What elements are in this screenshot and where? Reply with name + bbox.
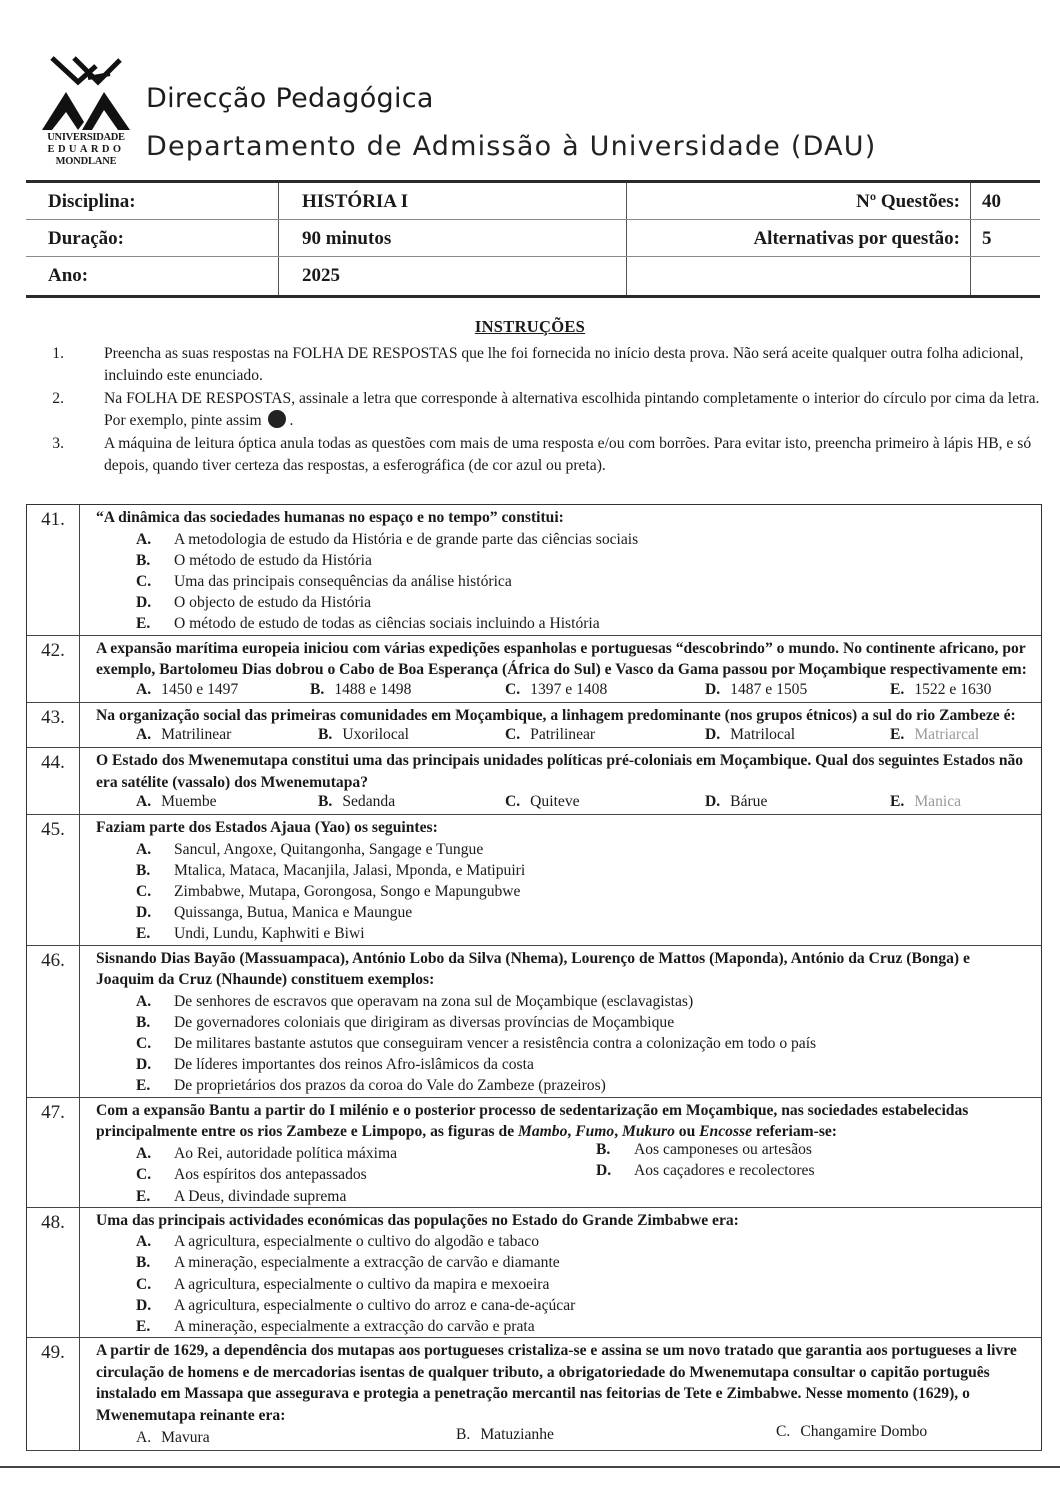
option-e: E.O método de estudo de todas as ciência…: [136, 613, 1029, 634]
option-letter: D.: [136, 1054, 151, 1075]
text: Zimbabwe, Mutapa, Gorongosa, Songo e Map…: [174, 883, 520, 900]
text: A metodologia de estudo da História e de…: [174, 531, 638, 548]
text: Ao Rei, autoridade política máxima: [174, 1145, 397, 1162]
option-letter: D.: [136, 902, 151, 923]
logo-emblem-icon: [38, 52, 134, 132]
page-title: Direcção Pedagógica: [146, 83, 434, 114]
instruction-item: 1. Preencha as suas respostas na FOLHA D…: [44, 343, 1044, 387]
info-row-disciplina: Disciplina: HISTÓRIA I Nº Questões: 40: [26, 183, 1040, 220]
text: Matrilocal: [730, 726, 795, 743]
option-a: A.Matrilinear: [136, 726, 231, 744]
question-number: 46.: [27, 946, 80, 1097]
text: O método de estudo de todas as ciências …: [174, 615, 600, 632]
text: Mavura: [161, 1429, 210, 1446]
option-letter: C.: [136, 1274, 151, 1295]
text: A agricultura, especialmente o cultivo d…: [174, 1233, 539, 1250]
option-e: E.1522 e 1630: [890, 681, 991, 699]
option-letter: E.: [890, 681, 904, 698]
option-b: B.Matuzianhe: [456, 1426, 554, 1444]
instructions-list: 1. Preencha as suas respostas na FOLHA D…: [44, 343, 1044, 478]
option-letter: B.: [456, 1426, 470, 1443]
text: A Deus, divindade suprema: [174, 1188, 346, 1205]
option-letter: E.: [890, 726, 904, 743]
alternativas-label: Alternativas por questão:: [753, 228, 960, 250]
option-letter: B.: [318, 793, 332, 810]
option-letter: C.: [505, 726, 520, 743]
text: Encosse: [699, 1123, 752, 1140]
option-e: E.Matriarcal: [890, 726, 979, 744]
question-48: 48. Uma das principais actividades econó…: [27, 1207, 1041, 1338]
option-b: B.O método de estudo da História: [136, 550, 1029, 571]
text: Bárue: [730, 793, 767, 810]
instruction-number: 2.: [44, 388, 64, 410]
option-letter: A.: [136, 726, 151, 743]
logo-line-1: UNIVERSIDADE: [38, 132, 134, 144]
option-c: C.A agricultura, especialmente o cultivo…: [136, 1274, 1029, 1295]
questions-table: 41. “A dinâmica das sociedades humanas n…: [26, 504, 1042, 1451]
option-letter: D.: [136, 592, 151, 613]
inline-options: A.1450 e 1497 B.1488 e 1498 C.1397 e 140…: [96, 681, 1029, 702]
option-a: A.Mavura: [136, 1429, 210, 1447]
num-questoes-label: Nº Questões:: [856, 191, 960, 213]
question-number: 48.: [27, 1208, 80, 1338]
option-c: C.Quiteve: [505, 793, 580, 811]
text: Patrilinear: [530, 726, 595, 743]
disciplina-value: HISTÓRIA I: [302, 191, 408, 213]
text: Quissanga, Butua, Manica e Maungue: [174, 904, 412, 921]
option-letter: B.: [596, 1139, 634, 1160]
instructions-heading: INSTRUÇÕES: [0, 317, 1060, 337]
question-stem: Uma das principais actividades económica…: [96, 1210, 1029, 1232]
instruction-text: Na FOLHA DE RESPOSTAS, assinale a letra …: [104, 390, 1039, 429]
text: Matrilinear: [161, 726, 231, 743]
text: De senhores de escravos que operavam na …: [174, 993, 693, 1010]
option-letter: B.: [310, 681, 324, 698]
option-d: D.Bárue: [705, 793, 767, 811]
text: A agricultura, especialmente o cultivo d…: [174, 1297, 575, 1314]
option-a: A.Muembe: [136, 793, 217, 811]
text: A mineração, especialmente a extracção d…: [174, 1254, 560, 1271]
text: O método de estudo da História: [174, 552, 372, 569]
text: Aos camponeses ou artesãos: [634, 1141, 812, 1158]
option-letter: D.: [596, 1160, 634, 1181]
text: Aos espíritos dos antepassados: [174, 1166, 367, 1183]
text: Mukuro: [622, 1123, 675, 1140]
text: Mtalica, Mataca, Macanjila, Jalasi, Mpon…: [174, 862, 525, 879]
question-number: 49.: [27, 1338, 80, 1450]
text: Muembe: [161, 793, 216, 810]
option-letter: A.: [136, 991, 151, 1012]
ano-label: Ano:: [48, 265, 88, 287]
info-row-ano: Ano: 2025: [26, 257, 1040, 293]
question-stem: O Estado dos Mwenemutapa constitui uma d…: [96, 750, 1029, 793]
instruction-number: 3.: [44, 433, 64, 455]
option-a: A.Sancul, Angoxe, Quitangonha, Sangage e…: [136, 839, 1029, 860]
logo-line-3: MONDLANE: [38, 156, 134, 168]
university-logo: UNIVERSIDADE EDUARDO MONDLANE: [38, 52, 134, 174]
question-number: 44.: [27, 748, 80, 814]
option-e: E.Undi, Lundu, Kaphwiti e Biwi: [136, 923, 1029, 944]
inline-options: A.Matrilinear B.Uxorilocal C.Patrilinear…: [96, 726, 1029, 747]
text: 1487 e 1505: [730, 681, 807, 698]
ano-value: 2025: [302, 265, 340, 287]
option-letter: B.: [136, 550, 150, 571]
text: De militares bastante astutos que conseg…: [174, 1035, 816, 1052]
instruction-text: A máquina de leitura óptica anula todas …: [104, 435, 1031, 474]
option-b: B.Aos camponeses ou artesãos: [596, 1139, 812, 1160]
option-letter: B.: [318, 726, 332, 743]
option-d: D.O objecto de estudo da História: [136, 592, 1029, 613]
option-b: B.1488 e 1498: [310, 681, 411, 699]
question-47: 47. Com a expansão Bantu a partir do I m…: [27, 1097, 1041, 1207]
option-letter: E.: [890, 793, 904, 810]
text: Matuzianhe: [480, 1426, 554, 1443]
option-letter: C.: [136, 571, 151, 592]
option-letter: C.: [136, 881, 151, 902]
text: Matriarcal: [914, 726, 979, 743]
duracao-value: 90 minutos: [302, 228, 391, 250]
option-letter: B.: [136, 1012, 150, 1033]
question-41: 41. “A dinâmica das sociedades humanas n…: [27, 505, 1041, 635]
option-c: C.Patrilinear: [505, 726, 595, 744]
option-letter: E.: [136, 1316, 150, 1337]
text: A mineração, especialmente a extracção d…: [174, 1318, 535, 1335]
instruction-item: 2. Na FOLHA DE RESPOSTAS, assinale a let…: [44, 388, 1044, 432]
question-stem: A partir de 1629, a dependência dos muta…: [96, 1340, 1029, 1426]
text: 1450 e 1497: [161, 681, 238, 698]
question-number: 43.: [27, 703, 80, 748]
question-stem: “A dinâmica das sociedades humanas no es…: [96, 507, 1029, 529]
option-d: D.A agricultura, especialmente o cultivo…: [136, 1295, 1029, 1316]
option-letter: A.: [136, 839, 151, 860]
option-c: C.1397 e 1408: [505, 681, 607, 699]
text: O objecto de estudo da História: [174, 594, 371, 611]
option-d: D.Aos caçadores e recolectores: [596, 1160, 815, 1181]
option-a: A.A metodologia de estudo da História e …: [136, 529, 1029, 550]
question-stem: Faziam parte dos Estados Ajaua (Yao) os …: [96, 817, 1029, 839]
two-column-options: A.Ao Rei, autoridade política máxima B.A…: [96, 1143, 1029, 1186]
option-letter: C.: [136, 1164, 174, 1185]
text: A agricultura, especialmente o cultivo d…: [174, 1276, 549, 1293]
logo-line-2: EDUARDO: [38, 144, 134, 156]
duracao-label: Duração:: [48, 228, 124, 250]
question-stem: Na organização social das primeiras comu…: [96, 705, 1029, 727]
department-title: Departamento de Admissão à Universidade …: [146, 131, 876, 162]
option-d: D.Quissanga, Butua, Manica e Maungue: [136, 902, 1029, 923]
option-letter: D.: [705, 681, 720, 698]
instruction-number: 1.: [44, 343, 64, 365]
option-letter: C.: [136, 1033, 151, 1054]
question-stem: A expansão marítima europeia iniciou com…: [96, 638, 1029, 681]
text: Uma das principais consequências da anál…: [174, 573, 512, 590]
text: Changamire Dombo: [800, 1423, 927, 1440]
option-e: E.A Deus, divindade suprema: [136, 1186, 1029, 1207]
option-letter: C.: [776, 1423, 790, 1440]
logo-wordmark: UNIVERSIDADE EDUARDO MONDLANE: [38, 132, 134, 168]
question-stem: Sisnando Dias Bayão (Massuampaca), Antón…: [96, 948, 1029, 991]
option-letter: A.: [136, 1429, 151, 1446]
text: Quiteve: [530, 793, 579, 810]
option-letter: E.: [136, 923, 150, 944]
option-letter: A.: [136, 1143, 174, 1164]
text: 1488 e 1498: [334, 681, 411, 698]
option-letter: B.: [136, 860, 150, 881]
option-d: D.Matrilocal: [705, 726, 795, 744]
question-46: 46. Sisnando Dias Bayão (Massuampaca), A…: [27, 945, 1041, 1097]
option-b: B.A mineração, especialmente a extracção…: [136, 1252, 1029, 1273]
option-d: D.1487 e 1505: [705, 681, 807, 699]
inline-options: A.Muembe B.Sedanda C.Quiteve D.Bárue E.M…: [96, 793, 1029, 814]
text: Manica: [914, 793, 961, 810]
text: Sedanda: [342, 793, 395, 810]
exam-info-table: Disciplina: HISTÓRIA I Nº Questões: 40 D…: [26, 180, 1040, 298]
option-c: C.Zimbabwe, Mutapa, Gorongosa, Songo e M…: [136, 881, 1029, 902]
question-stem: Com a expansão Bantu a partir do I milén…: [96, 1100, 1029, 1143]
text: Mambo: [518, 1123, 567, 1140]
option-e: E.A mineração, especialmente a extracção…: [136, 1316, 1029, 1337]
text: De proprietários dos prazos da coroa do …: [174, 1077, 606, 1094]
info-row-duracao: Duração: 90 minutos Alternativas por que…: [26, 220, 1040, 257]
text: 1522 e 1630: [914, 681, 991, 698]
text: referiam-se:: [752, 1123, 837, 1140]
option-letter: C.: [505, 681, 520, 698]
option-d: D.De líderes importantes dos reinos Afro…: [136, 1054, 1029, 1075]
option-letter: E.: [136, 613, 150, 634]
option-b: B.Sedanda: [318, 793, 395, 811]
option-a: A.Ao Rei, autoridade política máxima: [136, 1143, 397, 1164]
option-c: C.Aos espíritos dos antepassados: [136, 1164, 367, 1185]
disciplina-label: Disciplina:: [48, 191, 136, 213]
question-number: 42.: [27, 636, 80, 702]
option-b: B.Mtalica, Mataca, Macanjila, Jalasi, Mp…: [136, 860, 1029, 881]
question-45: 45. Faziam parte dos Estados Ajaua (Yao)…: [27, 814, 1041, 945]
option-b: B.De governadores coloniais que dirigira…: [136, 1012, 1029, 1033]
alternativas-value: 5: [982, 228, 992, 250]
option-e: E.De proprietários dos prazos da coroa d…: [136, 1075, 1029, 1096]
question-number: 41.: [27, 505, 80, 635]
instruction-item: 3. A máquina de leitura óptica anula tod…: [44, 433, 1044, 477]
question-49: 49. A partir de 1629, a dependência dos …: [27, 1337, 1041, 1450]
option-letter: B.: [136, 1252, 150, 1273]
text: Aos caçadores e recolectores: [634, 1162, 815, 1179]
option-a: A.A agricultura, especialmente o cultivo…: [136, 1231, 1029, 1252]
option-e: E.Manica: [890, 793, 961, 811]
option-c: C.De militares bastante astutos que cons…: [136, 1033, 1029, 1054]
inline-options: A.Mavura B.Matuzianhe C.Changamire Dombo: [96, 1426, 1029, 1450]
option-letter: D.: [705, 793, 720, 810]
option-c: C.Uma das principais consequências da an…: [136, 571, 1029, 592]
option-a: A.1450 e 1497: [136, 681, 238, 699]
option-letter: E.: [136, 1075, 150, 1096]
text: Undi, Lundu, Kaphwiti e Biwi: [174, 925, 365, 942]
option-letter: A.: [136, 793, 151, 810]
num-questoes-value: 40: [982, 191, 1001, 213]
text: Uxorilocal: [342, 726, 409, 743]
text: 1397 e 1408: [530, 681, 607, 698]
instruction-suffix: .: [289, 412, 293, 429]
text: Sancul, Angoxe, Quitangonha, Sangage e T…: [174, 841, 483, 858]
page-bottom-edge: [0, 1466, 1060, 1468]
option-letter: A.: [136, 681, 151, 698]
question-44: 44. O Estado dos Mwenemutapa constitui u…: [27, 747, 1041, 814]
text: Fumo: [575, 1123, 614, 1140]
text: ,: [614, 1123, 622, 1140]
option-letter: E.: [136, 1186, 150, 1207]
instruction-text: Preencha as suas respostas na FOLHA DE R…: [104, 345, 1023, 384]
option-c: C.Changamire Dombo: [776, 1423, 927, 1441]
text: De governadores coloniais que dirigiram …: [174, 1014, 674, 1031]
text: ou: [675, 1123, 699, 1140]
option-letter: C.: [505, 793, 520, 810]
option-b: B.Uxorilocal: [318, 726, 409, 744]
question-42: 42. A expansão marítima europeia iniciou…: [27, 635, 1041, 702]
question-number: 47.: [27, 1098, 80, 1207]
option-letter: D.: [705, 726, 720, 743]
option-letter: A.: [136, 1231, 151, 1252]
question-number: 45.: [27, 815, 80, 945]
text: De líderes importantes dos reinos Afro-i…: [174, 1056, 534, 1073]
option-a: A.De senhores de escravos que operavam n…: [136, 991, 1029, 1012]
option-letter: D.: [136, 1295, 151, 1316]
option-letter: A.: [136, 529, 151, 550]
question-43: 43. Na organização social das primeiras …: [27, 702, 1041, 748]
filled-circle-example-icon: [268, 410, 286, 428]
